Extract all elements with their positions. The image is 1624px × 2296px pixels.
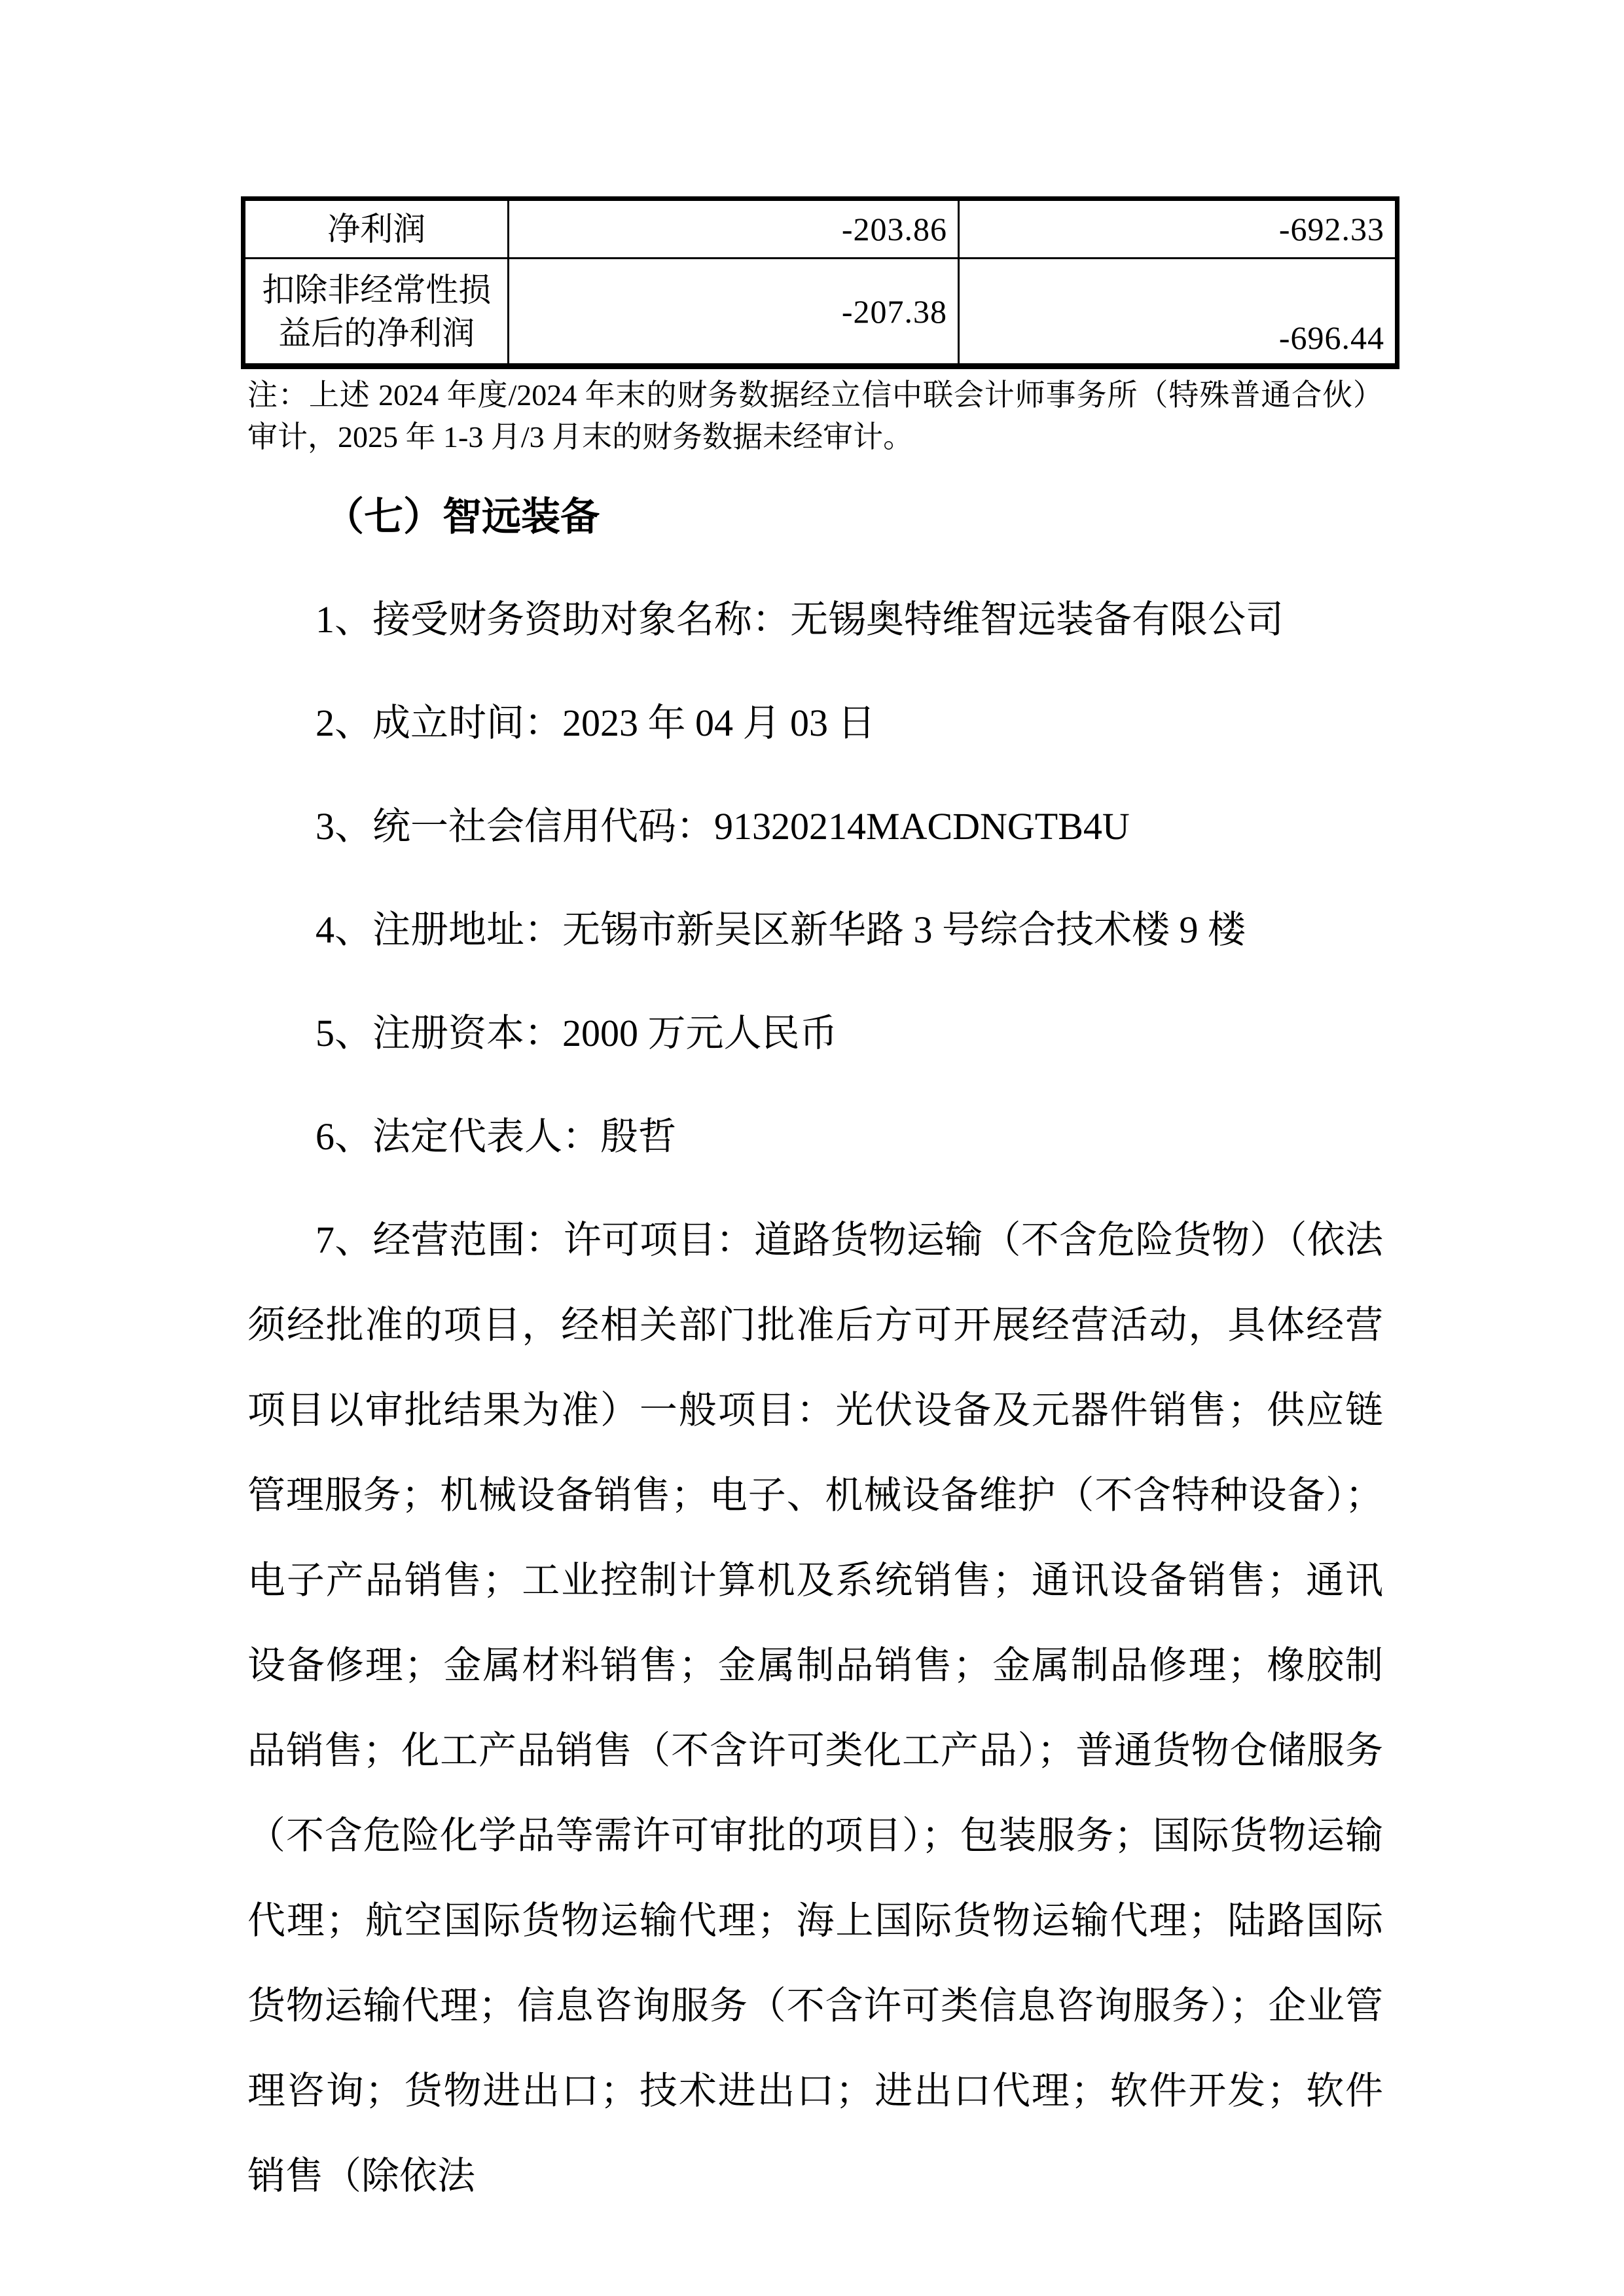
item-registered-capital: 5、注册资本：2000 万元人民币 (247, 991, 1383, 1076)
net-profit-excl-nonrecurring-value-period1: -207.38 (509, 259, 959, 367)
section-heading: （七）智远装备 (247, 475, 1383, 559)
item-business-scope: 7、经营范围：许可项目：道路货物运输（不含危险货物）（依法须经批准的项目，经相关… (247, 1198, 1383, 2219)
net-profit-value-period1: -203.86 (509, 199, 959, 259)
item-recipient-name: 1、接受财务资助对象名称：无锡奥特维智远装备有限公司 (247, 577, 1383, 662)
financial-summary-table: 净利润 -203.86 -692.33 扣除非经常性损 益后的净利润 -207.… (241, 196, 1399, 369)
audit-footnote: 注：上述 2024 年度/2024 年末的财务数据经立信中联会计师事务所（特殊普… (247, 374, 1383, 458)
document-page: 净利润 -203.86 -692.33 扣除非经常性损 益后的净利润 -207.… (0, 0, 1624, 2296)
item-registered-address: 4、注册地址：无锡市新吴区新华路 3 号综合技术楼 9 楼 (247, 888, 1383, 973)
table-row-net-profit-excl-nonrecurring: 扣除非经常性损 益后的净利润 -207.38 -696.44 (244, 259, 1398, 367)
item-establishment-date: 2、成立时间：2023 年 04 月 03 日 (247, 681, 1383, 766)
net-profit-excl-nonrecurring-label: 扣除非经常性损 益后的净利润 (244, 259, 509, 367)
item-legal-representative: 6、法定代表人：殷哲 (247, 1094, 1383, 1179)
net-profit-value-period2: -692.33 (959, 199, 1398, 259)
item-unified-social-credit-code: 3、统一社会信用代码：91320214MACDNGTB4U (247, 784, 1383, 869)
net-profit-label: 净利润 (244, 199, 509, 259)
net-profit-excl-nonrecurring-value-period2: -696.44 (959, 259, 1398, 367)
table-row-net-profit: 净利润 -203.86 -692.33 (244, 199, 1398, 259)
